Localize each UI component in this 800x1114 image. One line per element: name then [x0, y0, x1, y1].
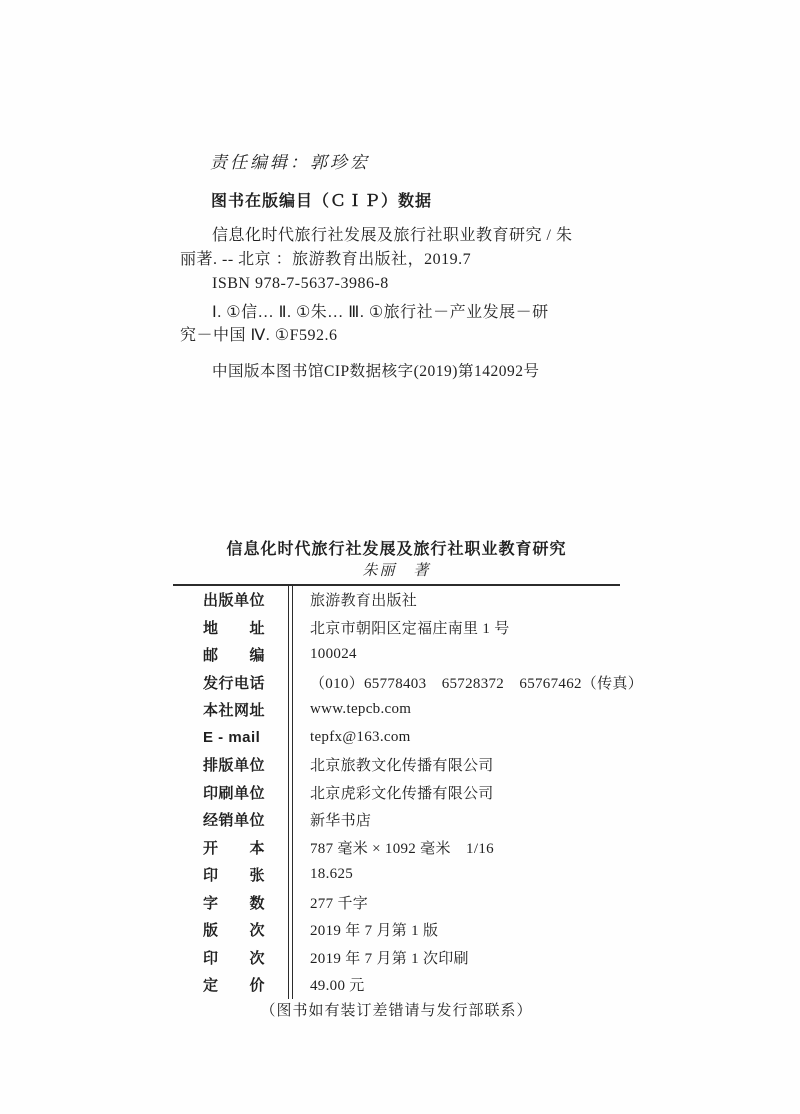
responsible-editor-line: 责任编辑：郭珍宏: [210, 148, 370, 173]
field-value: 旅游教育出版社: [293, 589, 417, 610]
field-label: 印 次: [203, 947, 285, 968]
field-value: 2019 年 7 月第 1 版: [293, 919, 438, 940]
cip-description-block: 信息化时代旅行社发展及旅行社职业教育研究 / 朱 丽著. -- 北京 ：旅游教育…: [180, 224, 620, 296]
table-row: 定 价 49.00 元: [173, 971, 620, 999]
binding-error-note: （图书如有装订差错请与发行部联系）: [173, 999, 620, 1020]
field-label: 经销单位: [203, 809, 285, 830]
cip-title-line: 信息化时代旅行社发展及旅行社职业教育研究 / 朱: [180, 224, 620, 248]
table-row: 邮 编 100024: [173, 641, 620, 669]
classification-line-1: Ⅰ. ①信… Ⅱ. ①朱… Ⅲ. ①旅行社－产业发展－研: [180, 301, 620, 324]
field-value: （010）65778403 65728372 65767462（传真）: [293, 672, 643, 693]
cip-record-number: 中国版本图书馆CIP数据核字(2019)第142092号: [212, 359, 539, 381]
cip-publisher-line: 丽著. -- 北京 ：旅游教育出版社，2019.7: [180, 248, 620, 272]
field-value: tepfx@163.com: [293, 729, 411, 746]
table-row: 经销单位 新华书店: [173, 806, 620, 834]
isbn-line: ISBN 978-7-5637-3986-8: [180, 272, 620, 296]
cip-classification-block: Ⅰ. ①信… Ⅱ. ①朱… Ⅲ. ①旅行社－产业发展－研 究－中国 Ⅳ. ①F5…: [180, 301, 620, 347]
table-row: 排版单位 北京旅教文化传播有限公司: [173, 751, 620, 779]
field-value: 2019 年 7 月第 1 次印刷: [293, 947, 469, 968]
field-value: 787 毫米 × 1092 毫米 1/16: [293, 837, 494, 858]
field-label: 印刷单位: [203, 782, 285, 803]
table-row: 本社网址 www.tepcb.com: [173, 696, 620, 724]
field-value: 新华书店: [293, 809, 371, 830]
table-row: 字 数 277 千字: [173, 889, 620, 917]
field-label: 出版单位: [203, 589, 285, 610]
field-value: 北京旅教文化传播有限公司: [293, 754, 494, 775]
table-row: 版 次 2019 年 7 月第 1 版: [173, 916, 620, 944]
table-row: 地 址 北京市朝阳区定福庄南里 1 号: [173, 614, 620, 642]
field-value: 18.625: [293, 866, 353, 883]
field-label: 定 价: [203, 974, 285, 995]
table-row: 印 张 18.625: [173, 861, 620, 889]
field-label: 发行电话: [203, 672, 285, 693]
publication-info-table: 出版单位 旅游教育出版社 地 址 北京市朝阳区定福庄南里 1 号 邮 编 100…: [173, 584, 620, 999]
field-value: 49.00 元: [293, 974, 365, 995]
field-label: 邮 编: [203, 644, 285, 665]
field-value: 北京市朝阳区定福庄南里 1 号: [293, 617, 510, 638]
table-row: 印 次 2019 年 7 月第 1 次印刷: [173, 944, 620, 972]
table-row: 发行电话 （010）65778403 65728372 65767462（传真）: [173, 669, 620, 697]
field-label: 本社网址: [203, 699, 285, 720]
field-label: 版 次: [203, 919, 285, 940]
table-row: 开 本 787 毫米 × 1092 毫米 1/16: [173, 834, 620, 862]
book-title: 信息化时代旅行社发展及旅行社职业教育研究: [173, 536, 620, 559]
book-author: 朱丽 著: [173, 559, 620, 580]
field-value: 北京虎彩文化传播有限公司: [293, 782, 494, 803]
field-label: 开 本: [203, 837, 285, 858]
table-row: E - mail tepfx@163.com: [173, 724, 620, 752]
field-value: 277 千字: [293, 892, 368, 913]
field-label: 地 址: [203, 617, 285, 638]
field-value: www.tepcb.com: [293, 701, 411, 718]
classification-line-2: 究－中国 Ⅳ. ①F592.6: [180, 324, 620, 347]
table-row: 印刷单位 北京虎彩文化传播有限公司: [173, 779, 620, 807]
table-row: 出版单位 旅游教育出版社: [173, 586, 620, 614]
cip-heading: 图书在版编目（ＣＩＰ）数据: [211, 188, 432, 211]
field-label: 排版单位: [203, 754, 285, 775]
field-label: E - mail: [203, 729, 285, 746]
copyright-page: 责任编辑：郭珍宏 图书在版编目（ＣＩＰ）数据 信息化时代旅行社发展及旅行社职业教…: [0, 0, 800, 1114]
field-label: 印 张: [203, 864, 285, 885]
field-value: 100024: [293, 646, 357, 663]
field-label: 字 数: [203, 892, 285, 913]
